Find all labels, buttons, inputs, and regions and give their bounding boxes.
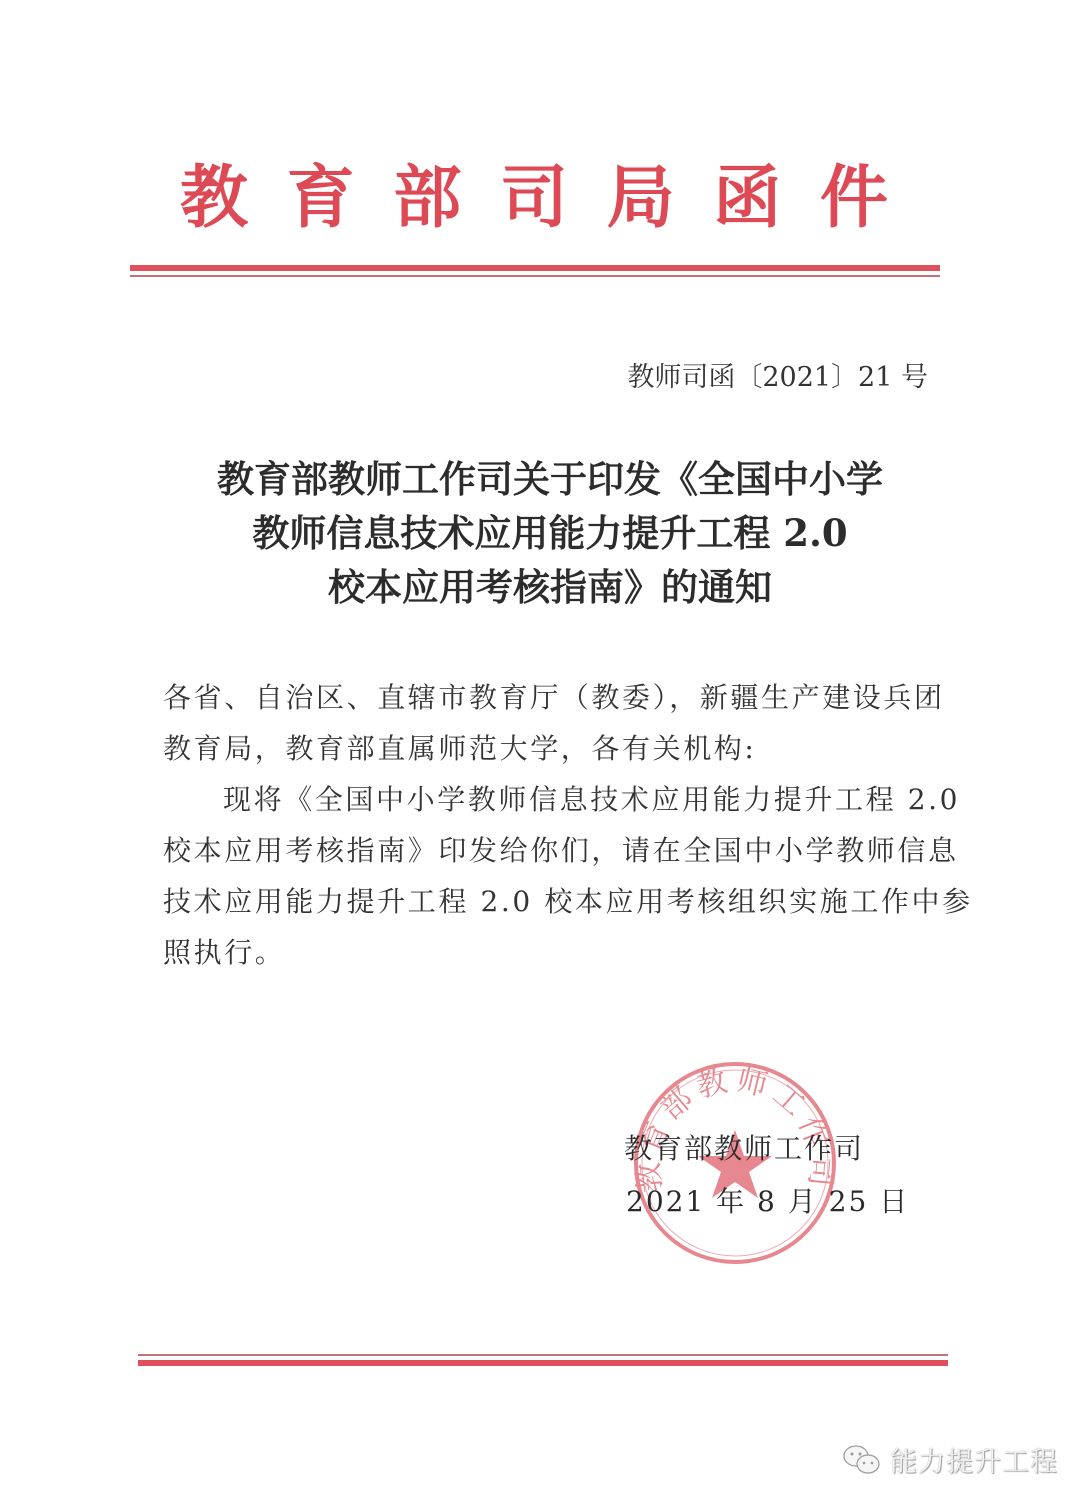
document-title: 教育部教师工作司关于印发《全国中小学 教师信息技术应用能力提升工程 2.0 校本… bbox=[140, 452, 960, 614]
wechat-watermark: 能力提升工程 bbox=[842, 1440, 1058, 1479]
masthead-char: 司 bbox=[500, 158, 568, 238]
signature-block: 教育部教师工作司 2021 年 8 月 25 日 bbox=[624, 1122, 909, 1228]
addressee-line: 各省、自治区、直辖市教育厅（教委），新疆生产建设兵团 bbox=[163, 672, 943, 723]
masthead-char: 育 bbox=[287, 158, 355, 238]
issue-date: 2021 年 8 月 25 日 bbox=[624, 1175, 909, 1228]
title-line: 教师信息技术应用能力提升工程 2.0 bbox=[140, 506, 960, 560]
footer-rule-thin bbox=[138, 1354, 948, 1356]
paragraph-line: 现将《全国中小学教师信息技术应用能力提升工程 2.0 bbox=[163, 774, 943, 825]
header-rule-thin bbox=[130, 275, 940, 277]
masthead-title: 教 育 部 司 局 函 件 bbox=[130, 158, 940, 238]
header-rule-thick bbox=[130, 265, 940, 271]
paragraph-line: 技术应用能力提升工程 2.0 校本应用考核组织实施工作中参 bbox=[163, 876, 943, 927]
title-line: 教育部教师工作司关于印发《全国中小学 bbox=[140, 452, 960, 506]
wechat-icon bbox=[842, 1444, 882, 1476]
title-line: 校本应用考核指南》的通知 bbox=[140, 560, 960, 614]
masthead-char: 函 bbox=[713, 158, 781, 238]
paragraph-line: 照执行。 bbox=[163, 927, 943, 978]
document-body: 各省、自治区、直辖市教育厅（教委），新疆生产建设兵团 教育局，教育部直属师范大学… bbox=[163, 672, 943, 978]
masthead-char: 教 bbox=[180, 158, 248, 238]
watermark-text: 能力提升工程 bbox=[890, 1440, 1058, 1479]
masthead-char: 局 bbox=[607, 158, 675, 238]
addressee-line: 教育局，教育部直属师范大学，各有关机构: bbox=[163, 723, 943, 774]
masthead-char: 件 bbox=[820, 158, 888, 238]
masthead-char: 部 bbox=[393, 158, 461, 238]
document-page: 教 育 部 司 局 函 件 教师司函〔2021〕21 号 教育部教师工作司关于印… bbox=[0, 0, 1080, 1509]
document-number: 教师司函〔2021〕21 号 bbox=[627, 360, 928, 396]
issuer-name: 教育部教师工作司 bbox=[624, 1122, 909, 1175]
paragraph-line: 校本应用考核指南》印发给你们，请在全国中小学教师信息 bbox=[163, 825, 943, 876]
footer-rule-thick bbox=[138, 1360, 948, 1366]
